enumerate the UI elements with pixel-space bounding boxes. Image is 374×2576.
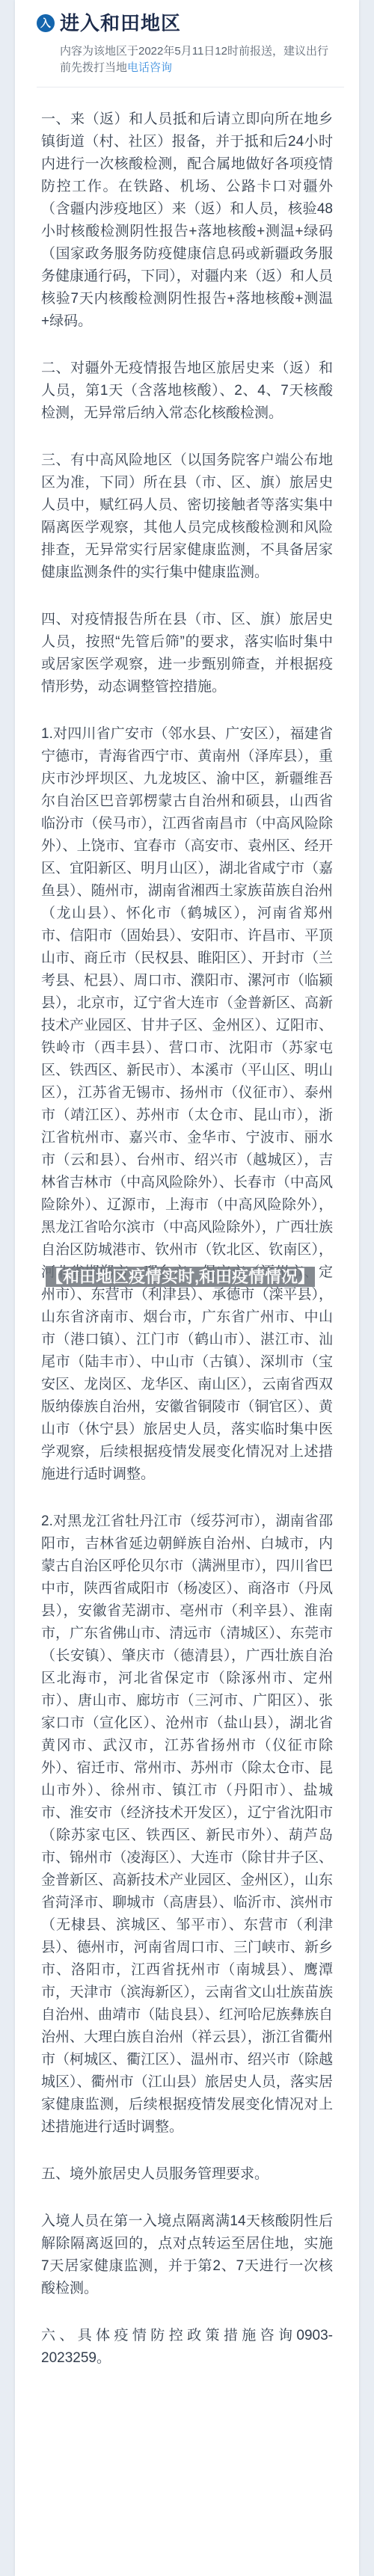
report-note: 内容为该地区于2022年5月11日12时前报送，建议出行前先拨打当地电话咨询 [60,43,338,76]
header-row: 入 进入和田地区 [37,10,344,36]
policy-paragraph-3: 三、有中高风险地区（以国务院客户端公布地区为准，下同）所在县（市、区、旗）旅居史… [41,449,333,584]
page: 入 进入和田地区 内容为该地区于2022年5月11日12时前报送，建议出行前先拨… [0,0,374,2576]
policy-paragraph-4: 四、对疫情报告所在县（市、区、旗）旅居史人员，按照“先管后筛”的要求，落实临时集… [41,609,333,698]
policy-paragraph-entry: 入境人员在第一入境点隔离满14天核酸阴性后解除隔离返回的，点对点转运至居住地，实… [41,2210,333,2300]
enter-icon: 入 [37,14,55,32]
content-card: 入 进入和田地区 内容为该地区于2022年5月11日12时前报送，建议出行前先拨… [15,0,359,2576]
policy-paragraph-1: 一、来（返）和人员抵和后请立即向所在地乡镇街道（村、社区）报备，并于抵和后24小… [41,108,333,333]
policy-paragraph-2: 二、对疆外无疫情报告地区旅居史来（返）和人员，第1天（含落地核酸）、2、4、7天… [41,357,333,425]
watermark-overlay: 【和田地区疫情实时,和田疫情情况】 [46,1267,315,1287]
policy-content: 一、来（返）和人员抵和后请立即向所在地乡镇街道（村、社区）报备，并于抵和后24小… [15,87,359,2370]
page-title: 进入和田地区 [60,10,181,36]
page-header: 入 进入和田地区 内容为该地区于2022年5月11日12时前报送，建议出行前先拨… [15,0,359,87]
policy-item-2: 2.对黑龙江省牡丹江市（绥芬河市），湖南省邵阳市，吉林省延边朝鲜族自治州、白城市… [41,1510,333,2139]
policy-paragraph-5: 五、境外旅居史人员服务管理要求。 [41,2163,333,2186]
policy-paragraph-6: 六、具体疫情防控政策措施咨询0903-2023259。 [41,2325,333,2370]
report-note-text: 内容为该地区于2022年5月11日12时前报送，建议出行前先拨打当地 [60,45,328,74]
phone-consult-link[interactable]: 电话咨询 [127,61,172,74]
policy-item-1: 1.对四川省广安市（邻水县、广安区），福建省宁德市，青海省西宁市、黄南州（泽库县… [41,723,333,1486]
